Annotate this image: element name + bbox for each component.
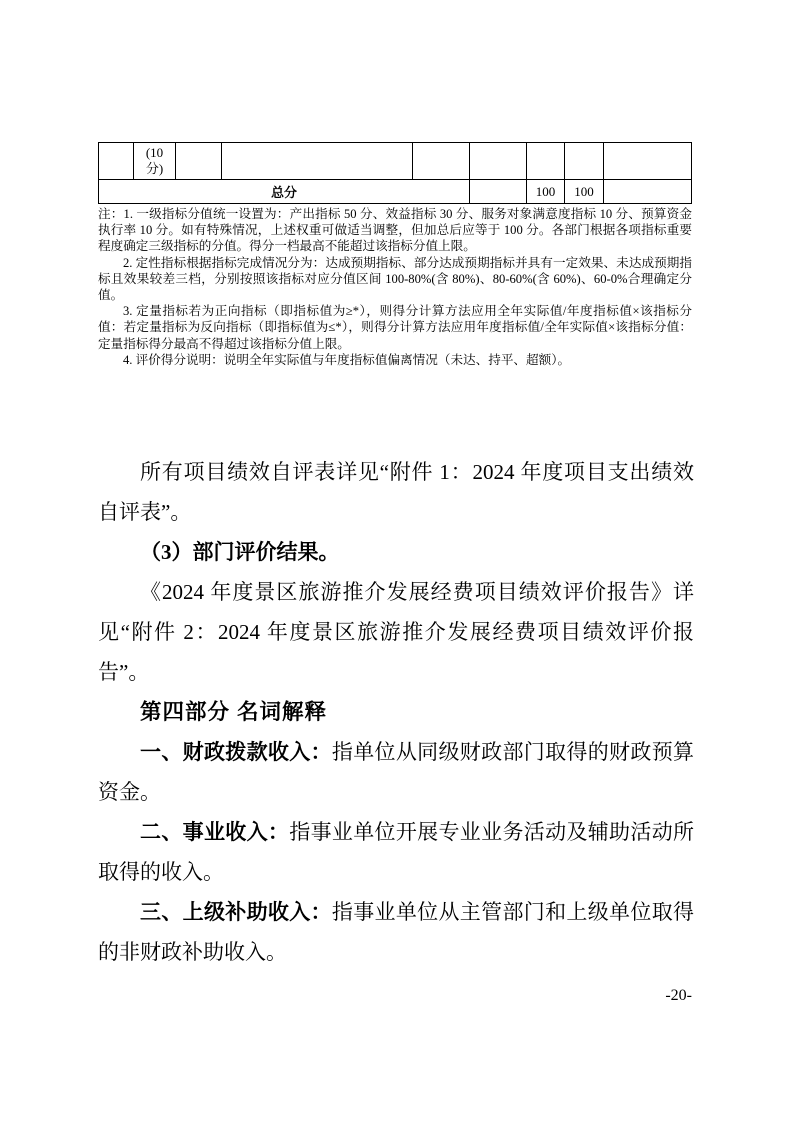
- note-item-1: 注：1. 一级指标分值统一设置为：产出指标 50 分、效益指标 30 分、服务对…: [98, 206, 692, 255]
- paragraph-report-ref: 《2024 年度景区旅游推介发展经费项目绩效评价报告》详见“附件 2：2024 …: [98, 572, 694, 692]
- table-footnotes: 注：1. 一级指标分值统一设置为：产出指标 50 分、效益指标 30 分、服务对…: [98, 206, 692, 368]
- paragraph-self-eval: 所有项目绩效自评表详见“附件 1：2024 年度项目支出绩效自评表”。: [98, 452, 694, 532]
- term-paragraph-2: 二、事业收入：指事业单位开展专业业务活动及辅助活动所取得的收入。: [98, 812, 694, 892]
- table-cell-empty: [413, 143, 470, 180]
- term-lead-3: 三、上级补助收入：: [140, 900, 332, 924]
- term-lead-2: 二、事业收入：: [140, 820, 289, 844]
- total-final-score: 100: [565, 180, 604, 204]
- total-score-value: 100: [527, 180, 565, 204]
- note-item-4: 4. 评价得分说明：说明全年实际值与年度指标值偏离情况（未达、持平、超额）。: [98, 352, 692, 368]
- document-page: (10 分) 总分 100 100 注：1. 一级指标分值统一设置为：产出指标 …: [0, 0, 793, 1122]
- table-row: (10 分): [99, 143, 692, 180]
- table-cell-empty: [222, 143, 413, 180]
- total-label: 总分: [99, 180, 470, 204]
- page-number: -20-: [98, 986, 692, 1006]
- table-cell-empty: [527, 143, 565, 180]
- weight-line2: 分): [134, 161, 175, 177]
- term-paragraph-1: 一、财政拨款收入：指单位从同级财政部门取得的财政预算资金。: [98, 732, 694, 812]
- table-cell-weight: (10 分): [134, 143, 176, 180]
- table-cell-empty: [176, 143, 222, 180]
- document-body: 所有项目绩效自评表详见“附件 1：2024 年度项目支出绩效自评表”。 （3）部…: [98, 452, 694, 972]
- performance-score-table: (10 分) 总分 100 100: [98, 142, 692, 204]
- table-cell-empty: [99, 143, 134, 180]
- table-cell-empty: [604, 180, 692, 204]
- note-item-2: 2. 定性指标根据指标完成情况分为：达成预期指标、部分达成预期指标并具有一定效果…: [98, 255, 692, 304]
- table-cell-empty: [604, 143, 692, 180]
- term-paragraph-3: 三、上级补助收入：指事业单位从主管部门和上级单位取得的非财政补助收入。: [98, 892, 694, 972]
- note-item-3: 3. 定量指标若为正向指标（即指标值为≥*），则得分计算方法应用全年实际值/年度…: [98, 303, 692, 352]
- weight-line1: (10: [134, 145, 175, 161]
- table-row-total: 总分 100 100: [99, 180, 692, 204]
- paragraph-dept-result: （3）部门评价结果。: [98, 532, 694, 572]
- section-heading-part4: 第四部分 名词解释: [98, 692, 694, 732]
- term-lead-1: 一、财政拨款收入：: [140, 740, 332, 764]
- table-cell-empty: [470, 143, 527, 180]
- table-cell-empty: [565, 143, 604, 180]
- table-cell-empty: [470, 180, 527, 204]
